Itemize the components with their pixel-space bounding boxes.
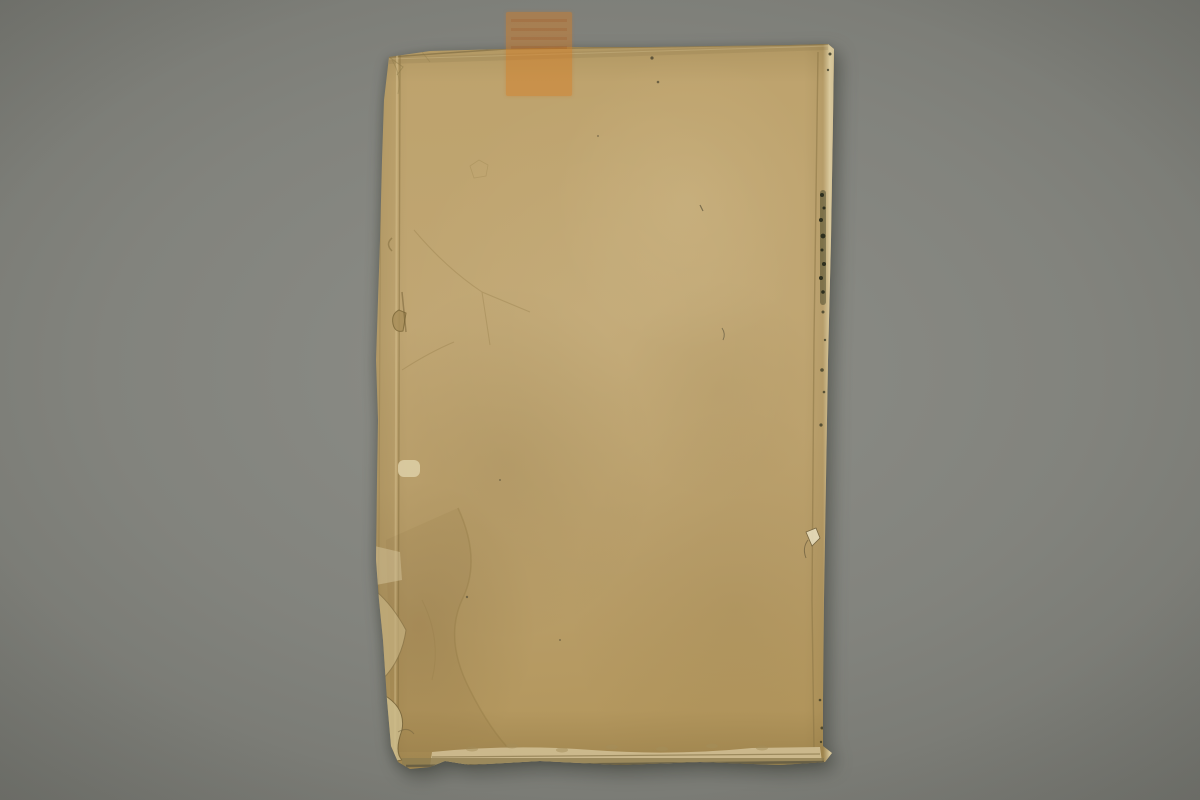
fore-edge-speckles: [804, 53, 831, 744]
book: [362, 40, 840, 770]
repair-patch: [398, 460, 420, 477]
photo-background: [0, 0, 1200, 800]
book-cover: [362, 40, 840, 770]
top-edge: [389, 44, 828, 64]
cover-detail-art: [362, 40, 840, 770]
tape-sticker: [506, 12, 572, 96]
surface-marks: [466, 56, 724, 641]
cover-right-edge: [812, 52, 818, 750]
crease-lines: [402, 160, 530, 370]
